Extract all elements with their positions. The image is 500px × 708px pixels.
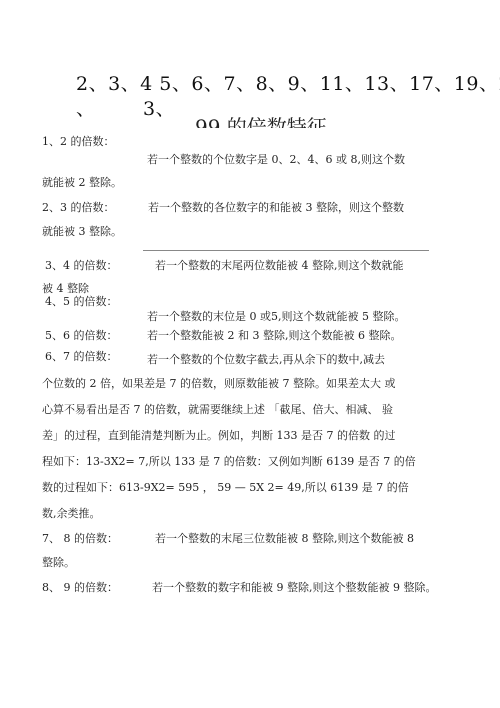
top-number-list: 2、3、4 5、6、7、8、9、11、13、17、19、2 — [76, 69, 500, 96]
horizontal-rule — [143, 250, 429, 251]
section-heading: 99 的倍数特征 — [195, 116, 327, 128]
rule-3-text-2: 就能被 3 整除。 — [42, 223, 122, 239]
rule-2-label: 1、2 的倍数： — [42, 133, 115, 149]
rule-9-label: 8、 9 的倍数： — [42, 579, 118, 595]
rule-5-text-1: 若一个整数的末位是 0 或5,则这个数就能被 5 整除。 — [147, 308, 405, 324]
rule-4-label: 3、4 的倍数： — [45, 257, 118, 273]
rule-7-text-3: 心算不易看出是否 7 的倍数，就需要继续上述 「截尾、倍大、相减、 验 — [42, 401, 393, 417]
top-number-list-cont-b: 3、 — [143, 94, 175, 121]
rule-6-label: 5、6 的倍数： — [45, 327, 118, 343]
rule-7-label: 6、7 的倍数： — [45, 348, 118, 364]
rule-8-text-1: 若一个整数的末尾三位数能被 8 整除,则这个数能被 8 — [155, 530, 414, 546]
top-number-list-cont-a: 、 — [76, 94, 96, 121]
rule-7-text-2: 个位数的 2 倍，如果差是 7 的倍数，则原数能被 7 整除。如果差太大 或 — [42, 375, 395, 391]
rule-7-text-5: 程如下：13-3X2= 7,所以 133 是 7 的倍数：又例如判断 6139 … — [42, 453, 416, 469]
rule-6-text-1: 若一个整数能被 2 和 3 整除,则这个数能被 6 整除。 — [147, 327, 401, 343]
rule-7-text-1: 若一个整数的个位数字截去,再从余下的数中,减去 — [147, 351, 385, 367]
rule-4-text-1: 若一个整数的末尾两位数能被 4 整除,则这个数就能 — [155, 257, 404, 273]
rule-7-text-4: 差」的过程，直到能清楚判断为止。例如，判断 133 是否 7 的倍数 的过 — [42, 427, 395, 443]
rule-7-text-7: 数,余类推。 — [42, 505, 101, 521]
rule-9-text-1: 若一个整数的数字和能被 9 整除,则这个整数能被 9 整除。 — [152, 579, 436, 595]
rule-2-text-2: 就能被 2 整除。 — [42, 174, 122, 190]
rule-3-label: 2、3 的倍数： — [42, 199, 115, 215]
rule-8-label: 7、 8 的倍数： — [42, 530, 118, 546]
section-heading-clipped: 99 的倍数特征 — [195, 116, 355, 128]
rule-5-label: 4、5 的倍数： — [45, 293, 118, 309]
rule-2-text-1: 若一个整数的个位数字是 0、2、4、6 或 8,则这个数 — [147, 151, 405, 167]
rule-8-text-2: 整除。 — [42, 554, 75, 570]
rule-3-text-1: 若一个整数的各位数字的和能被 3 整除，则这个整数 — [148, 199, 404, 215]
rule-7-text-6: 数的过程如下：613-9X2= 595 ， 59 — 5X 2= 49,所以 6… — [42, 479, 409, 495]
